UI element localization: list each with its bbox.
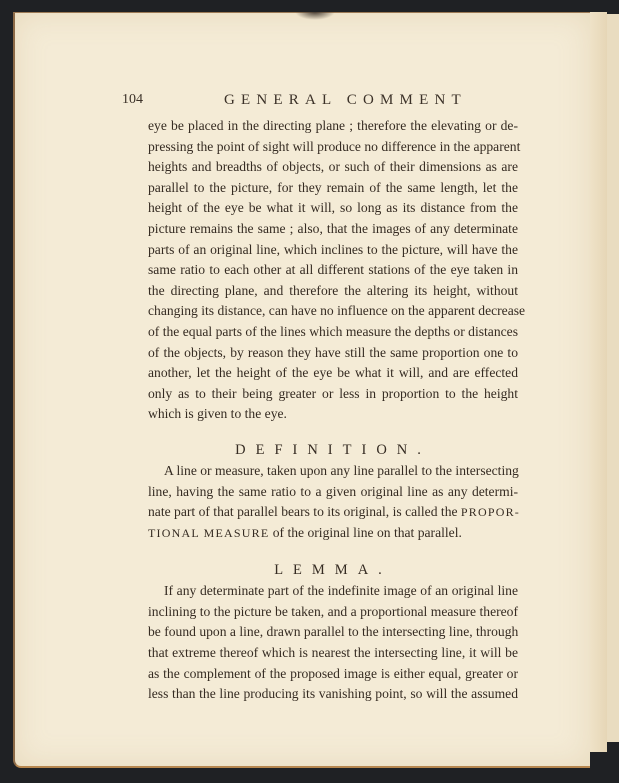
text-line: inclining to the picture be taken, and a…	[148, 602, 518, 623]
text-line: less than the line producing its vanishi…	[148, 684, 518, 705]
text-line: heights and breadths of objects, or such…	[148, 157, 518, 178]
text-line: changing its distance, can have no influ…	[148, 301, 518, 322]
text-line: picture remains the same ; also, that th…	[148, 219, 518, 240]
text-segment: nate part of that parallel bears to its …	[148, 504, 461, 519]
defined-term: TIONAL MEASURE	[148, 526, 269, 540]
running-title: GENERAL COMMENT	[224, 92, 467, 109]
text-line: only as to their being greater or less i…	[148, 384, 518, 405]
text-line: A line or measure, taken upon any line p…	[148, 461, 518, 482]
text-line: eye be placed in the directing plane ; t…	[148, 116, 518, 137]
text-line: the directing plane, and therefore the a…	[148, 281, 518, 302]
text-line: which is given to the eye.	[148, 404, 518, 425]
text-line: pressing the point of sight will produce…	[148, 137, 518, 158]
text-line: another, let the height of the eye be wh…	[148, 363, 518, 384]
definition-heading: DEFINITION.	[148, 439, 518, 461]
text-line: nate part of that parallel bears to its …	[148, 502, 518, 523]
text-line: parallel to the picture, for they remain…	[148, 178, 518, 199]
text-line: as the complement of the proposed image …	[148, 664, 518, 685]
paragraph-1: eye be placed in the directing plane ; t…	[148, 116, 518, 425]
page-number: 104	[122, 92, 143, 108]
page-edge	[588, 12, 607, 752]
text-line: of the equal parts of the lines which me…	[148, 322, 518, 343]
lemma-heading: LEMMA.	[148, 559, 518, 581]
text-line: be found upon a line, drawn parallel to …	[148, 622, 518, 643]
text-line: parts of an original line, which incline…	[148, 240, 518, 261]
text-line: same ratio to each other at all differen…	[148, 260, 518, 281]
text-line: TIONAL MEASURE of the original line on t…	[148, 523, 518, 544]
text-line: height of the eye be what it will, so lo…	[148, 198, 518, 219]
text-line: that extreme thereof which is nearest th…	[148, 643, 518, 664]
binding-shadow	[295, 12, 335, 20]
page-edge-outer	[606, 14, 619, 742]
definition-paragraph: A line or measure, taken upon any line p…	[148, 461, 518, 543]
text-line: of the objects, by reason they have stil…	[148, 343, 518, 364]
page-body: eye be placed in the directing plane ; t…	[148, 116, 518, 705]
text-segment: of the original line on that parallel.	[269, 525, 462, 540]
lemma-paragraph: If any determinate part of the indefinit…	[148, 581, 518, 705]
text-line: line, having the same ratio to a given o…	[148, 482, 518, 503]
text-line: If any determinate part of the indefinit…	[148, 581, 518, 602]
defined-term: PROPOR-	[461, 505, 520, 519]
